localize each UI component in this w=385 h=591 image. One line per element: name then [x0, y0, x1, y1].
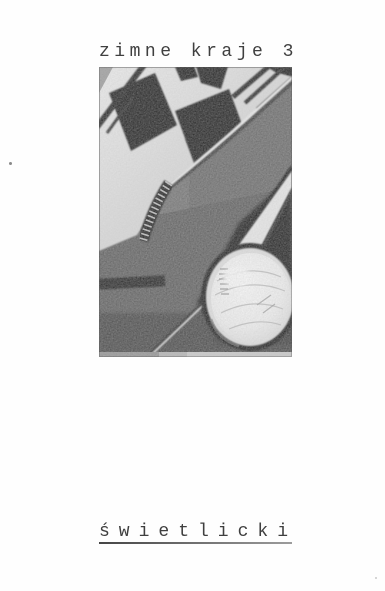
title-text: zimne kraje 3 [99, 43, 295, 61]
scan-speck [9, 162, 12, 165]
cover-photo [99, 67, 292, 357]
cover-photo-art [99, 67, 292, 357]
author-underline [99, 542, 292, 544]
film-grain [99, 67, 292, 357]
author-text: świetlicki [99, 523, 295, 541]
scan-speck [375, 577, 377, 579]
